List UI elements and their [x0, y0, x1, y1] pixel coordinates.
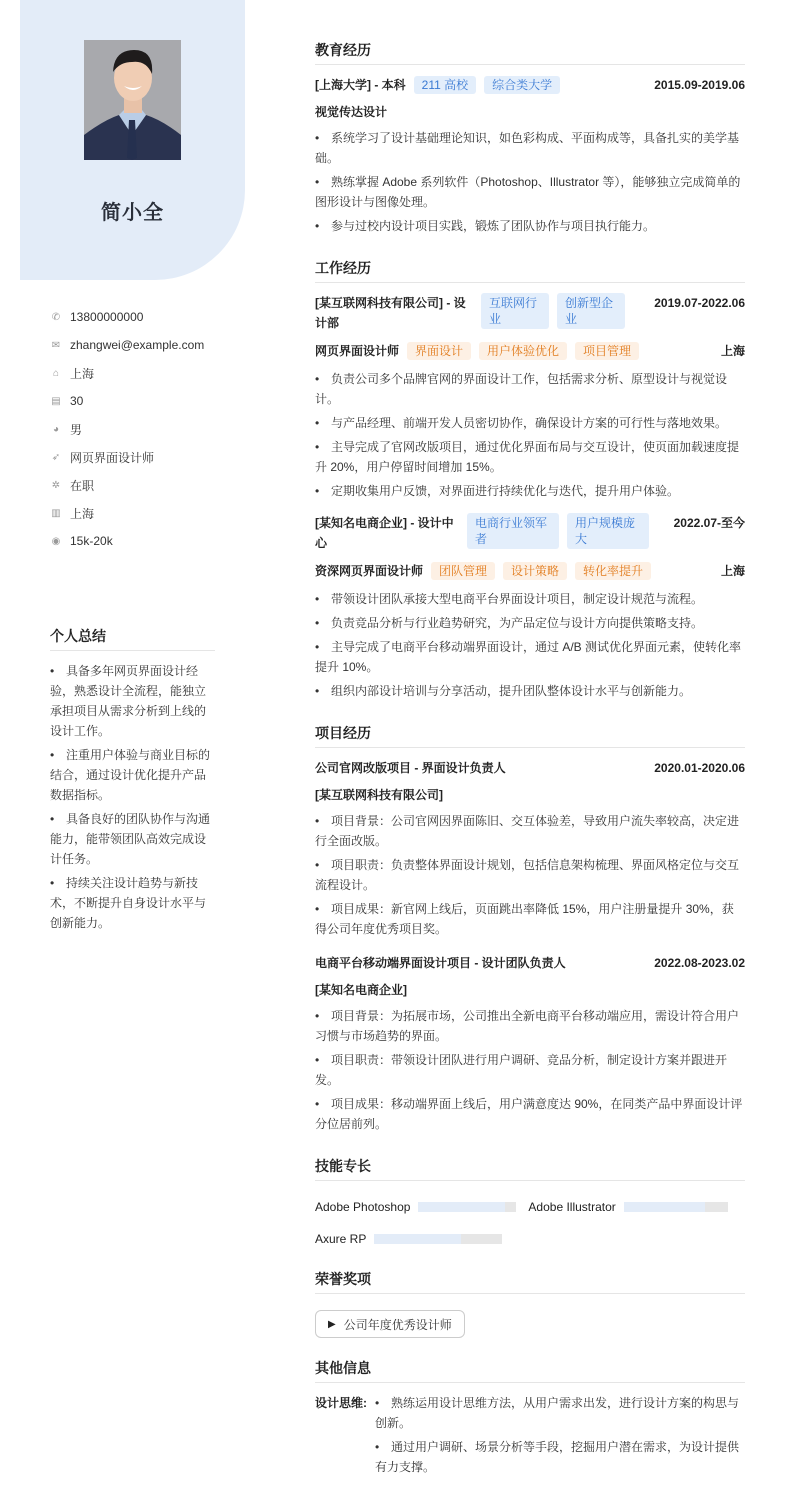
- contact-value: 男: [70, 421, 82, 438]
- skill-bar: [624, 1202, 728, 1212]
- work-entry: [某知名电商企业] - 设计中心 电商行业领军者 用户规模庞大 2022.07-…: [315, 513, 745, 701]
- date-range: 2022.08-2023.02: [654, 953, 745, 973]
- tag: 综合类大学: [484, 76, 560, 94]
- project-entry: 公司官网改版项目 - 界面设计负责人 2020.01-2020.06 [某互联网…: [315, 758, 745, 939]
- tag: 界面设计: [407, 342, 471, 360]
- list-item: 主导完成了官网改版项目，通过优化界面布局与交互设计，使页面加载速度提升 20%，…: [315, 437, 745, 477]
- project-name: 电商平台移动端界面设计项目 - 设计团队负责人: [315, 953, 566, 973]
- contact-age: ▤30: [50, 387, 240, 415]
- phone-icon: ✆: [50, 311, 62, 323]
- tag: 创新型企业: [557, 293, 625, 329]
- work-entry: [某互联网科技有限公司] - 设计部 互联网行业 创新型企业 2019.07-2…: [315, 293, 745, 501]
- work-section: 工作经历 [某互联网科技有限公司] - 设计部 互联网行业 创新型企业 2019…: [315, 258, 745, 701]
- tag: 互联网行业: [481, 293, 549, 329]
- contact-value: 网页界面设计师: [70, 449, 154, 466]
- contact-city: ▥上海: [50, 499, 240, 527]
- contact-value: 30: [70, 394, 83, 408]
- skill-bar-fill: [624, 1202, 705, 1212]
- tag: 转化率提升: [575, 562, 651, 580]
- contact-email: ✉zhangwei@example.com: [50, 331, 240, 359]
- company-name: [某知名电商企业] - 设计中心: [315, 513, 459, 553]
- list-item: 项目职责：带领设计团队进行用户调研、竞品分析，制定设计方案并跟进开发。: [315, 1050, 745, 1090]
- section-title: 项目经历: [315, 723, 745, 748]
- role: 网页界面设计师: [315, 344, 399, 358]
- skill-bar-fill: [418, 1202, 504, 1212]
- skill-item: Axure RP: [315, 1232, 502, 1246]
- project-name: 公司官网改版项目 - 界面设计负责人: [315, 758, 506, 778]
- projects-section: 项目经历 公司官网改版项目 - 界面设计负责人 2020.01-2020.06 …: [315, 723, 745, 1134]
- list-item: 组织内部设计培训与分享活动，提升团队整体设计水平与创新能力。: [315, 681, 745, 701]
- contact-value: zhangwei@example.com: [70, 338, 204, 352]
- home-icon: ⌂: [50, 367, 62, 379]
- list-item: 具备多年网页界面设计经验，熟悉设计全流程，能独立承担项目从需求分析到上线的设计工…: [50, 661, 215, 741]
- age-icon: ▤: [50, 395, 62, 407]
- company-name: [某互联网科技有限公司] - 设计部: [315, 293, 473, 333]
- main-content: 教育经历 [上海大学] - 本科211 高校综合类大学 2015.09-2019…: [315, 40, 745, 1495]
- date-range: 2020.01-2020.06: [654, 758, 745, 778]
- list-item: 项目背景：为拓展市场，公司推出全新电商平台移动端应用，需设计符合用户习惯与市场趋…: [315, 1006, 745, 1046]
- skill-item: Adobe Illustrator: [528, 1200, 727, 1214]
- school-name: [上海大学] - 本科: [315, 78, 406, 92]
- contact-salary: ◉15k-20k: [50, 527, 240, 555]
- skill-bar: [418, 1202, 516, 1212]
- list-item: 与产品经理、前端开发人员密切协作，确保设计方案的可行性与落地效果。: [315, 413, 745, 433]
- list-item: 定期收集用户反馈，对界面进行持续优化与迭代，提升用户体验。: [315, 481, 745, 501]
- tag: 211 高校: [414, 76, 476, 94]
- tag: 团队管理: [431, 562, 495, 580]
- contact-list: ✆13800000000 ✉zhangwei@example.com ⌂上海 ▤…: [50, 303, 240, 555]
- date-range: 2015.09-2019.06: [654, 75, 745, 95]
- contact-job: ➶网页界面设计师: [50, 443, 240, 471]
- contact-status: ✲在职: [50, 471, 240, 499]
- tag: 用户规模庞大: [567, 513, 649, 549]
- list-item: 项目成果：移动端界面上线后，用户满意度达 90%，在同类产品中界面设计评分位居前…: [315, 1094, 745, 1134]
- section-title: 教育经历: [315, 40, 745, 65]
- section-title: 其他信息: [315, 1358, 745, 1383]
- project-company: [某互联网科技有限公司]: [315, 786, 745, 803]
- contact-value: 15k-20k: [70, 534, 113, 548]
- section-title: 个人总结: [50, 626, 215, 651]
- date-range: 2019.07-2022.06: [654, 293, 745, 313]
- contact-value: 上海: [70, 365, 94, 382]
- skill-name: Axure RP: [315, 1232, 366, 1246]
- summary-section: 个人总结 具备多年网页界面设计经验，熟悉设计全流程，能独立承担项目从需求分析到上…: [50, 626, 215, 937]
- list-item: 负责公司多个品牌官网的界面设计工作，包括需求分析、原型设计与视觉设计。: [315, 369, 745, 409]
- contact-value: 上海: [70, 505, 94, 522]
- skill-item: Adobe Photoshop: [315, 1200, 516, 1214]
- list-item: 持续关注设计趋势与新技术，不断提升自身设计水平与创新能力。: [50, 873, 215, 933]
- list-item: 熟练掌握 Adobe 系列软件（Photoshop、Illustrator 等）…: [315, 172, 745, 212]
- list-item: 参与过校内设计项目实践，锻炼了团队协作与项目执行能力。: [315, 216, 745, 236]
- contact-value: 在职: [70, 477, 94, 494]
- list-item: 系统学习了设计基础理论知识，如色彩构成、平面构成等，具备扎实的美学基础。: [315, 128, 745, 168]
- caret-right-icon: ▶: [328, 1319, 336, 1330]
- city-icon: ▥: [50, 507, 62, 519]
- project-entry: 电商平台移动端界面设计项目 - 设计团队负责人 2022.08-2023.02 …: [315, 953, 745, 1134]
- tag: 用户体验优化: [479, 342, 567, 360]
- contact-home: ⌂上海: [50, 359, 240, 387]
- list-item: 熟练运用设计思维方法，从用户需求出发，进行设计方案的构思与创新。: [375, 1393, 745, 1433]
- contact-value: 13800000000: [70, 310, 143, 324]
- skill-bar-fill: [374, 1234, 461, 1244]
- project-company: [某知名电商企业]: [315, 981, 745, 998]
- skill-name: Adobe Illustrator: [528, 1200, 615, 1214]
- gender-icon: ◕: [50, 423, 62, 435]
- tag: 设计策略: [503, 562, 567, 580]
- profile-photo: [84, 40, 181, 160]
- list-item: 负责竞品分析与行业趋势研究，为产品定位与设计方向提供策略支持。: [315, 613, 745, 633]
- award-label: 公司年度优秀设计师: [344, 1316, 452, 1333]
- job-icon: ➶: [50, 451, 62, 463]
- contact-phone: ✆13800000000: [50, 303, 240, 331]
- skill-name: Adobe Photoshop: [315, 1200, 410, 1214]
- section-title: 工作经历: [315, 258, 745, 283]
- list-item: 项目成果：新官网上线后，页面跳出率降低 15%，用户注册量提升 30%，获得公司…: [315, 899, 745, 939]
- section-title: 技能专长: [315, 1156, 745, 1181]
- status-icon: ✲: [50, 479, 62, 491]
- list-item: 项目背景：公司官网因界面陈旧、交互体验差，导致用户流失率较高，决定进行全面改版。: [315, 811, 745, 851]
- skill-bar: [374, 1234, 502, 1244]
- list-item: 主导完成了电商平台移动端界面设计，通过 A/B 测试优化界面元素，使转化率提升 …: [315, 637, 745, 677]
- mail-icon: ✉: [50, 339, 62, 351]
- major: 视觉传达设计: [315, 103, 745, 120]
- city: 上海: [721, 341, 745, 361]
- other-label: 设计思维:: [315, 1393, 375, 1481]
- awards-section: 荣誉奖项 ▶公司年度优秀设计师: [315, 1269, 745, 1338]
- list-item: 项目职责：负责整体界面设计规划，包括信息架构梳理、界面风格定位与交互流程设计。: [315, 855, 745, 895]
- list-item: 通过用户调研、场景分析等手段，挖掘用户潜在需求，为设计提供有力支撑。: [375, 1437, 745, 1477]
- award-item[interactable]: ▶公司年度优秀设计师: [315, 1310, 465, 1338]
- tag: 项目管理: [575, 342, 639, 360]
- tag: 电商行业领军者: [467, 513, 559, 549]
- list-item: 具备良好的团队协作与沟通能力，能带领团队高效完成设计任务。: [50, 809, 215, 869]
- list-item: 带领设计团队承接大型电商平台界面设计项目，制定设计规范与流程。: [315, 589, 745, 609]
- salary-icon: ◉: [50, 535, 62, 547]
- section-title: 荣誉奖项: [315, 1269, 745, 1294]
- list-item: 注重用户体验与商业目标的结合，通过设计优化提升产品数据指标。: [50, 745, 215, 805]
- profile-name: 简小全: [20, 196, 245, 225]
- skills-section: 技能专长 Adobe Photoshop Adobe Illustrator A…: [315, 1156, 745, 1255]
- role: 资深网页界面设计师: [315, 564, 423, 578]
- education-section: 教育经历 [上海大学] - 本科211 高校综合类大学 2015.09-2019…: [315, 40, 745, 236]
- city: 上海: [721, 561, 745, 581]
- other-section: 其他信息 设计思维: 熟练运用设计思维方法，从用户需求出发，进行设计方案的构思与…: [315, 1358, 745, 1481]
- contact-gender: ◕男: [50, 415, 240, 443]
- date-range: 2022.07-至今: [674, 513, 745, 533]
